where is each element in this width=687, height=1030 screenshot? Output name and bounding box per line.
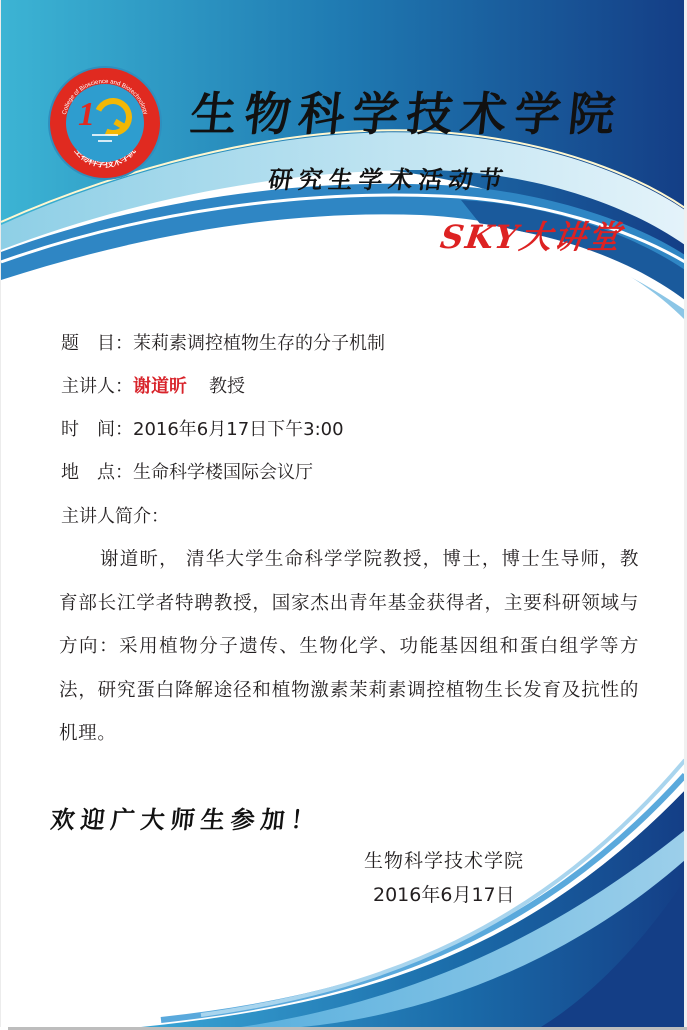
time-row: 时 间：2016年6月17日下午3:00 (61, 419, 344, 441)
college-logo: College of Bioscience and Biotechnology … (50, 68, 160, 178)
logo-caption (98, 140, 112, 142)
time-value: 2016年6月17日下午3:00 (133, 419, 344, 440)
topic-row: 题 目：茉莉素调控植物生存的分子机制 (61, 333, 385, 355)
location-value: 生命科学楼国际会议厅 (133, 462, 313, 483)
organizer-signature: 生物科学技术学院 (364, 846, 524, 873)
time-label: 时 间： (61, 419, 133, 441)
logo-caption (92, 134, 118, 136)
speaker-name: 谢道昕 (133, 376, 187, 397)
college-title: 生物科学技术学院 (188, 78, 665, 144)
speaker-row: 主讲人：谢道昕教授 (61, 376, 245, 398)
topic-value: 茉莉素调控植物生存的分子机制 (133, 333, 385, 354)
bio-heading: 主讲人简介： (61, 506, 169, 528)
speaker-label: 主讲人： (61, 376, 133, 398)
location-row: 地 点：生命科学楼国际会议厅 (61, 462, 313, 484)
topic-label: 题 目： (61, 333, 133, 355)
speaker-title: 教授 (209, 376, 245, 397)
logo-mark-1: 1 (78, 98, 95, 132)
signature-date: 2016年6月17日 (373, 880, 515, 907)
welcome-message: 欢迎广大师生参加！ (49, 800, 323, 835)
poster: College of Bioscience and Biotechnology … (0, 0, 685, 1027)
lecture-series-title: SKY大讲堂 (438, 212, 625, 258)
location-label: 地 点： (61, 462, 133, 484)
speaker-bio: 谢道昕， 清华大学生命科学学院教授，博士，博士生导师，教育部长江学者特聘教授，国… (59, 538, 639, 756)
event-subtitle: 研究生学术活动节 (267, 160, 512, 195)
